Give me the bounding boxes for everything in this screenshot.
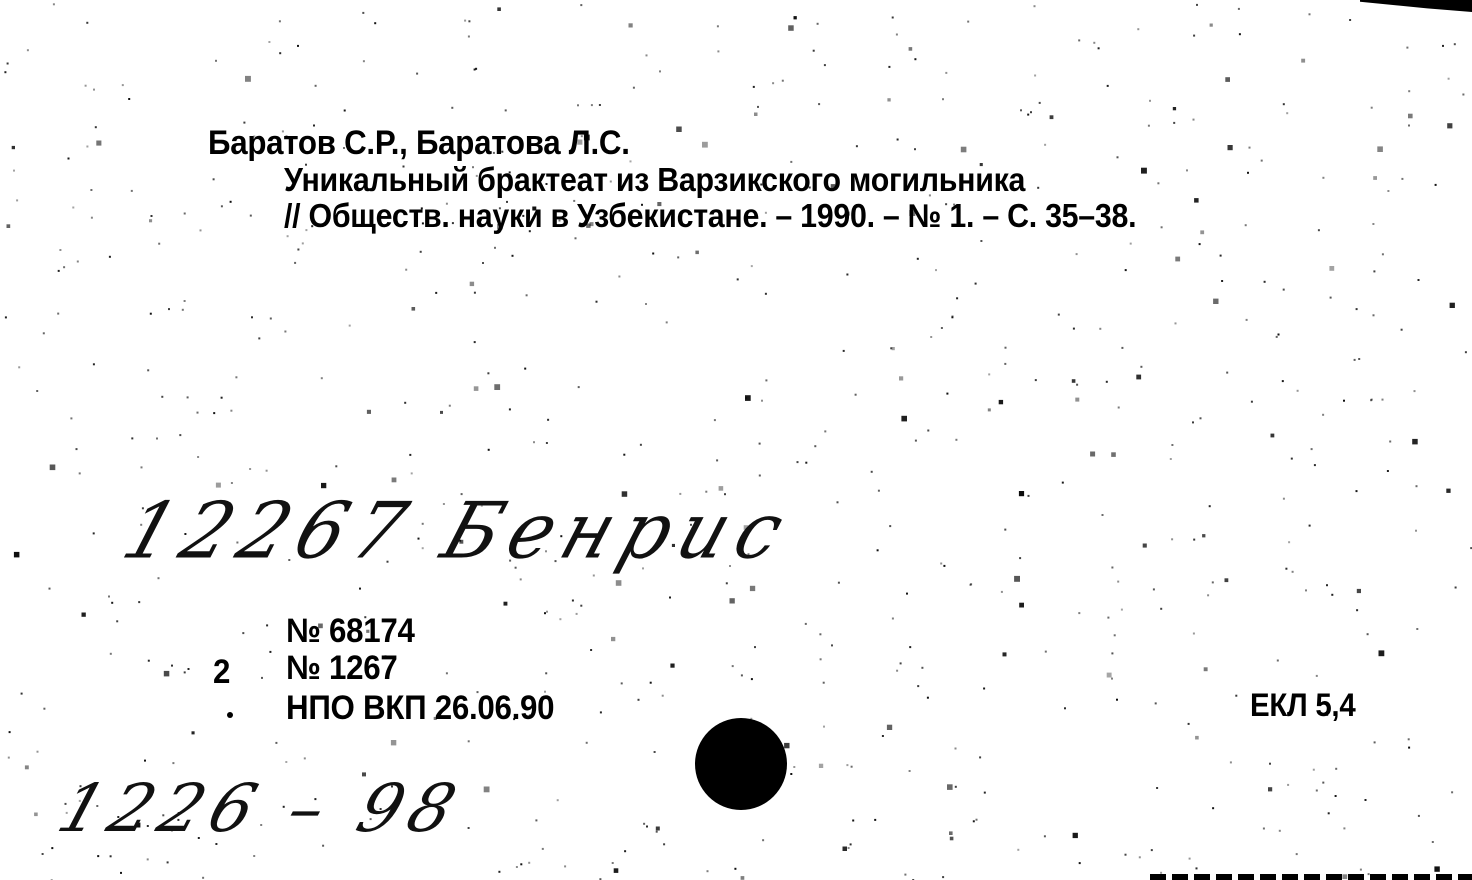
supplier-date: НПО ВКП 26.06.90 (286, 691, 554, 725)
catalog-card: Баратов С.Р., Баратова Л.С. Уникальный б… (0, 0, 1472, 880)
handwritten-note-top: 12267 Бенрис (113, 486, 805, 576)
accession-number-2: № 1267 (286, 651, 397, 685)
punch-hole (695, 718, 787, 810)
classification-code: ЕКЛ 5,4 (1250, 689, 1355, 721)
copy-count: 2 (213, 655, 230, 689)
publication-source: // Обществ. науки в Узбекистане. – 1990.… (284, 199, 1136, 232)
publication-title: Уникальный брактеат из Варзикского могил… (284, 163, 1025, 196)
handwritten-note-bottom: 1226 – 98 (49, 770, 473, 847)
accession-number-1: № 68174 (286, 614, 415, 648)
bullet-mark (227, 712, 233, 718)
card-edge-top (1360, 0, 1472, 12)
authors: Баратов С.Р., Баратова Л.С. (208, 126, 630, 160)
card-edge-bottom (1150, 874, 1472, 880)
